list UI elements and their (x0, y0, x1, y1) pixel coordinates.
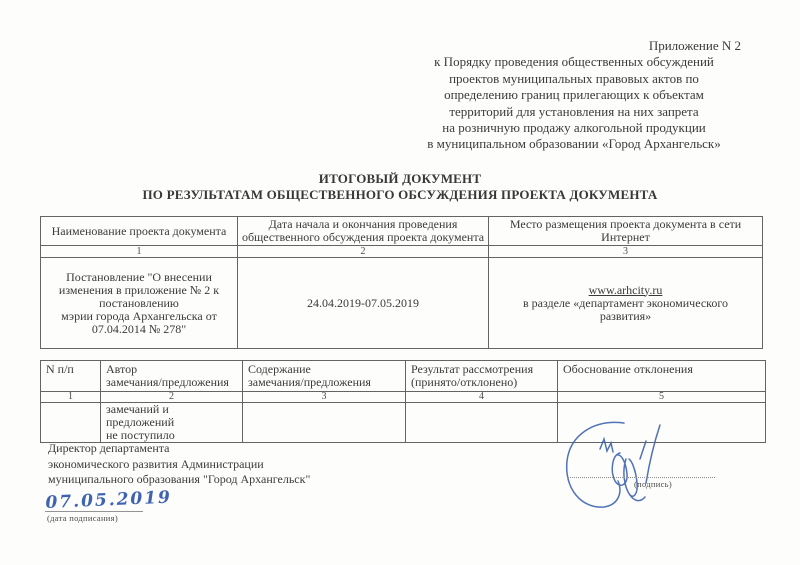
column-number: 2 (101, 392, 243, 403)
signature-line (567, 462, 715, 478)
content-header: Содержание замечания/предложения (243, 361, 406, 392)
official-title-block: Директор департамента экономического раз… (48, 441, 378, 488)
project-table-header-row: Наименование проекта документа Дата нача… (41, 217, 763, 246)
discussion-dates-header: Дата начала и окончания проведения общес… (238, 217, 489, 246)
project-table-number-row: 1 2 3 (41, 246, 763, 258)
placement-header: Место размещения проекта документа в сет… (489, 217, 763, 246)
handwritten-date: 07.05.2019 (45, 488, 172, 513)
justification-header: Обоснование отклонения (558, 361, 766, 392)
result-header: Результат рассмотрения (принято/отклонен… (406, 361, 558, 392)
column-number: 1 (41, 392, 101, 403)
annex-note: Приложение N 2 к Порядку проведения обще… (393, 38, 755, 153)
column-number: 5 (558, 392, 766, 403)
result-cell (406, 403, 558, 443)
column-number: 3 (489, 246, 763, 258)
comments-table-header-row: N п/п Автор замечания/предложения Содерж… (41, 361, 766, 392)
project-name-header: Наименование проекта документа (41, 217, 238, 246)
site-url-link: www.arhcity.ru (589, 283, 663, 297)
site-section-note: в разделе «департамент экономического ра… (495, 297, 756, 323)
annex-body: к Порядку проведения общественных обсужд… (393, 54, 755, 152)
row-number-cell (41, 403, 101, 443)
project-table: Наименование проекта документа Дата нача… (40, 216, 763, 349)
date-caption: (дата подписания) (47, 513, 118, 523)
scanned-document-page: Приложение N 2 к Порядку проведения обще… (0, 0, 800, 565)
column-number: 4 (406, 392, 558, 403)
placement-cell: www.arhcity.ru в разделе «департамент эк… (489, 258, 763, 349)
discussion-dates-cell: 24.04.2019-07.05.2019 (238, 258, 489, 349)
column-number: 3 (243, 392, 406, 403)
signature-caption: (подпись) (634, 479, 672, 489)
comments-table-number-row: 1 2 3 4 5 (41, 392, 766, 403)
row-number-header: N п/п (41, 361, 101, 392)
content-cell (243, 403, 406, 443)
annex-label: Приложение N 2 (393, 38, 755, 54)
column-number: 1 (41, 246, 238, 258)
document-title: ИТОГОВЫЙ ДОКУМЕНТ ПО РЕЗУЛЬТАТАМ ОБЩЕСТВ… (0, 171, 800, 202)
project-table-data-row: Постановление "О внесении изменения в пр… (41, 258, 763, 349)
project-name-cell: Постановление "О внесении изменения в пр… (41, 258, 238, 349)
author-cell: замечаний и предложений не поступило (101, 403, 243, 443)
author-header: Автор замечания/предложения (101, 361, 243, 392)
column-number: 2 (238, 246, 489, 258)
